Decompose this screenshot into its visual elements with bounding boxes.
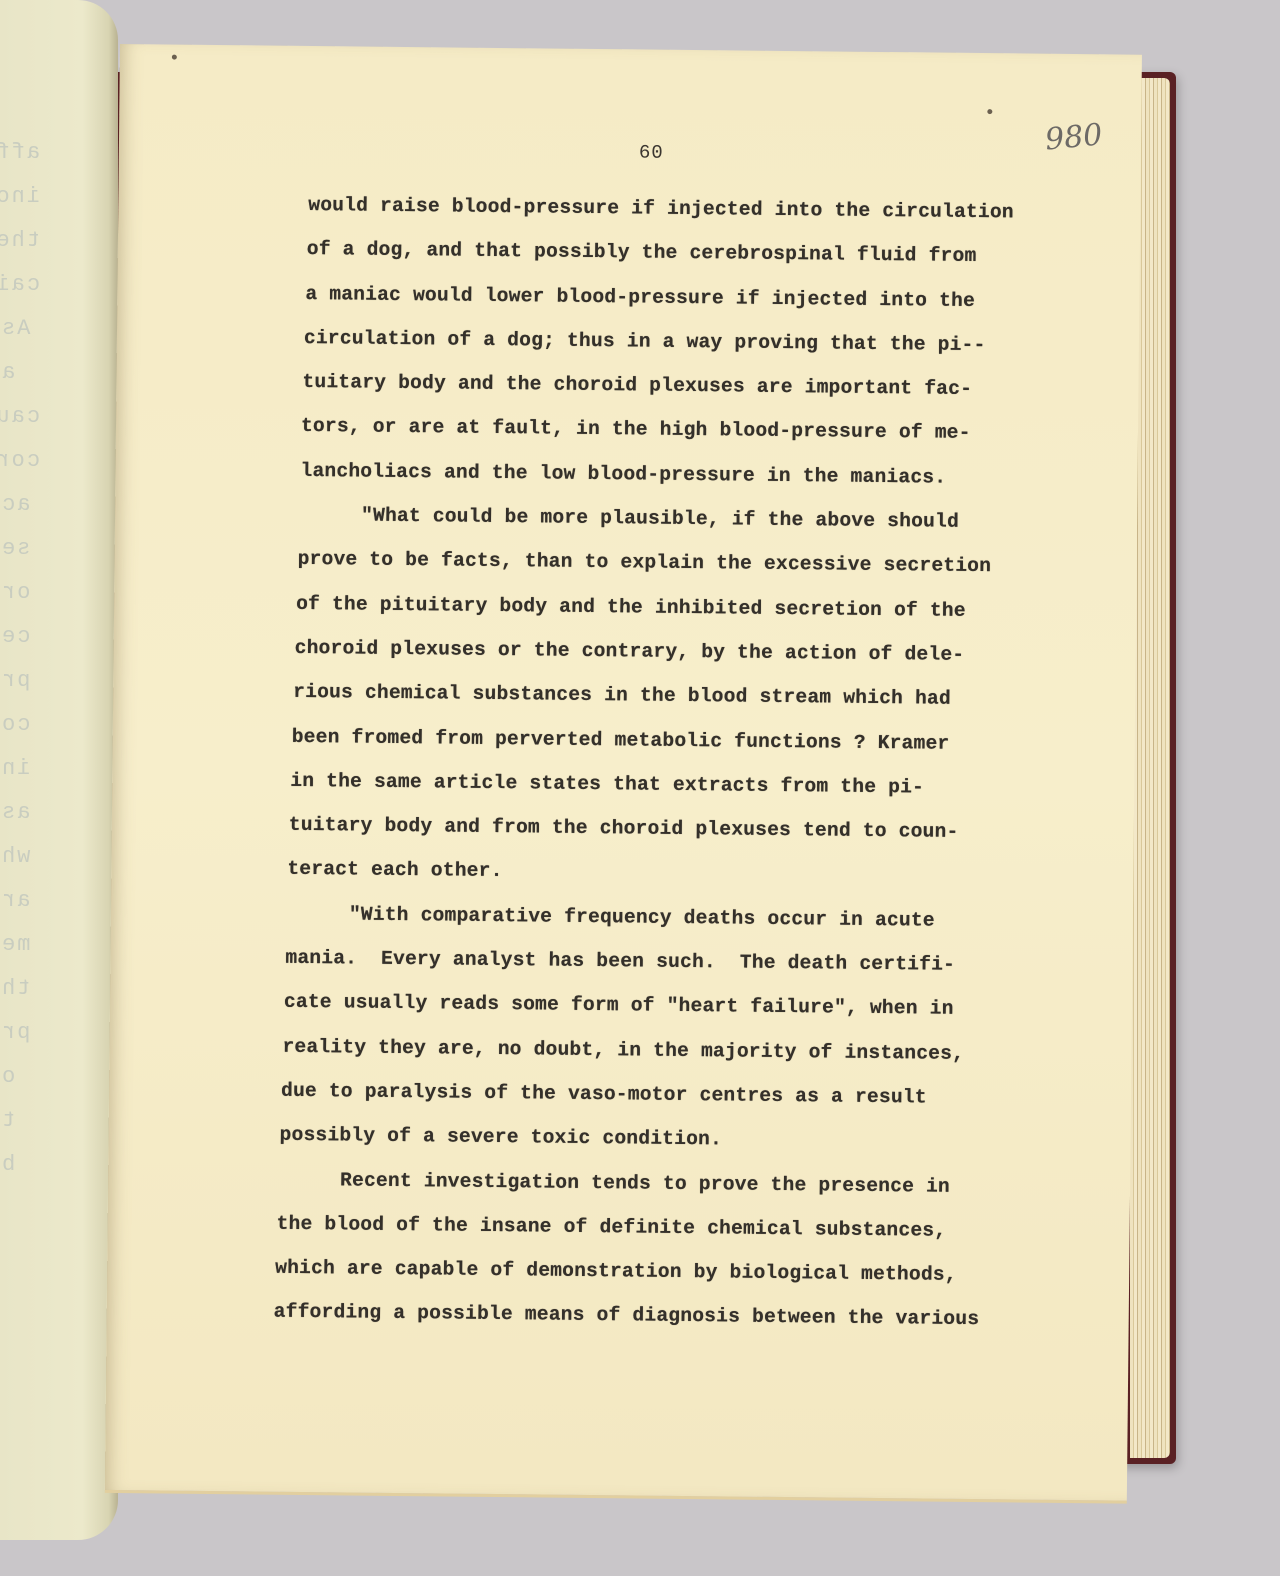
bleed-through-text: cau (0, 404, 40, 429)
book-scene: affincthecaiAsacaucoracseorceprcoinaswha… (0, 0, 1280, 1576)
punch-hole-right (987, 109, 992, 114)
bleed-through-text: wh (0, 844, 40, 869)
bleed-through-text: t (0, 1108, 40, 1133)
bleed-through-text: ac (0, 492, 40, 517)
bleed-through-text: aff (0, 140, 40, 165)
bleed-through-text: as (0, 800, 40, 825)
bleed-through-text: in (0, 756, 40, 781)
handwritten-folio-number: 980 (1044, 117, 1104, 157)
bleed-through-text: ce (0, 624, 40, 649)
bleed-through-text: inc (0, 184, 40, 209)
left-facing-page: affincthecaiAsacaucoracseorceprcoinaswha… (0, 0, 118, 1540)
bleed-through-text: me (0, 932, 40, 957)
page-number: 60 (639, 141, 664, 163)
bleed-through-text: a (0, 360, 40, 385)
bleed-through-text: o (0, 1064, 40, 1089)
bleed-through-text: cai (0, 272, 40, 297)
text-line: affording a possible means of diagnosis … (273, 1303, 1096, 1356)
bleed-through-text: the (0, 228, 40, 253)
bleed-through-text: co (0, 712, 40, 737)
bleed-through-text: se (0, 536, 40, 561)
bleed-through-text: cor (0, 448, 40, 473)
document-page: 60 980 would raise blood-pressure if inj… (105, 44, 1142, 1504)
bleed-through-text: th (0, 976, 40, 1001)
punch-hole-left (172, 55, 177, 60)
bleed-through-text: or (0, 580, 40, 605)
bleed-through-text: ar (0, 888, 40, 913)
bleed-through-text: pr (0, 1020, 40, 1045)
typewritten-body: would raise blood-pressure if injected i… (296, 196, 1108, 1356)
bleed-through-text: As (0, 316, 40, 341)
bleed-through-text: b (0, 1152, 40, 1177)
bleed-through-text: pr (0, 668, 40, 693)
